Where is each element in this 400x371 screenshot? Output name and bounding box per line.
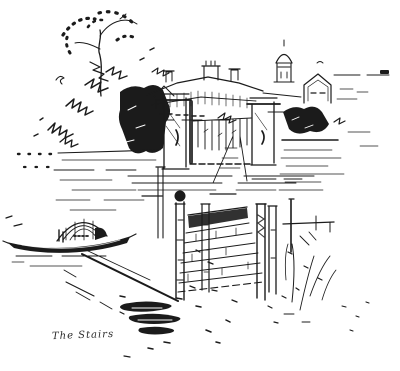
shrubbery (18, 48, 170, 167)
water-reflections (120, 250, 369, 357)
right-bank (279, 107, 378, 190)
cupola-tower (263, 40, 301, 97)
illustration-page: The Stairs (0, 0, 400, 371)
tree (56, 12, 137, 96)
background-buildings (147, 61, 304, 123)
stairs (175, 191, 264, 301)
gate-piers (158, 94, 280, 183)
river-wall (6, 150, 160, 226)
sketch-canvas (0, 0, 400, 371)
reeds (284, 244, 336, 322)
pen-ink-sketch: The Stairs (0, 0, 400, 371)
caption-the-stairs: The Stairs (52, 329, 115, 342)
mooring-posts (256, 199, 334, 300)
gabled-house (304, 62, 389, 104)
covered-boat (3, 219, 136, 266)
